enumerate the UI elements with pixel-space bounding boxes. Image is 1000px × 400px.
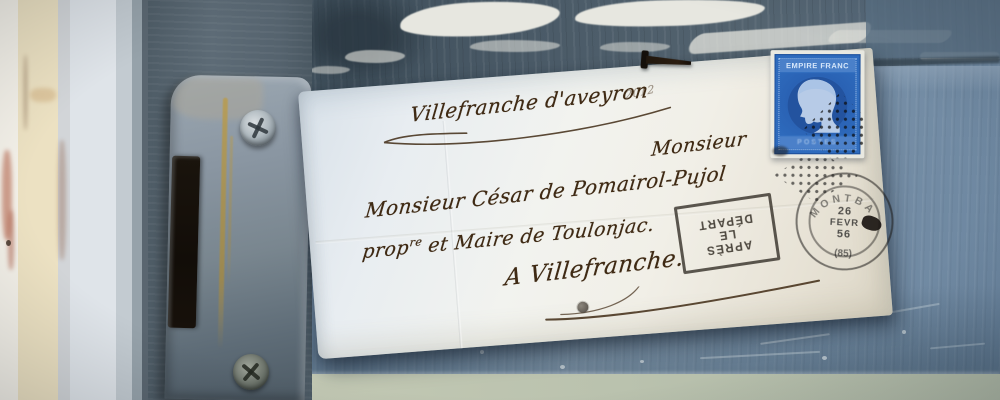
photo-old-letter-on-blue-door: Villefranche d'aveyron 2012 Monsieur Mon… — [0, 0, 1000, 400]
frame-crack — [24, 55, 27, 130]
frame-stain — [30, 88, 56, 102]
postage-stamp: EMPIRE FRANC POSTES — [770, 50, 864, 158]
screw-bottom — [233, 354, 269, 390]
datestamp-year: 56 — [837, 229, 852, 242]
top-right-board-tint — [866, 0, 1000, 58]
paint-speck — [902, 330, 906, 334]
letter-envelope: Villefranche d'aveyron 2012 Monsieur Mon… — [298, 48, 893, 359]
paint-patch — [575, 0, 766, 29]
screw-top — [240, 110, 276, 146]
paint-speck — [822, 356, 827, 360]
white-door-frame — [0, 0, 148, 400]
board-edge-highlight — [864, 66, 1000, 92]
paint-speck — [640, 360, 644, 363]
apres-le-depart-box-stamp: APRÈS LE DÉPART — [674, 193, 781, 275]
paint-speck — [480, 350, 484, 354]
salutation-script: Monsieur — [650, 128, 747, 161]
nail-shaft — [646, 56, 691, 68]
stamp-smudge — [772, 146, 788, 156]
role-prefix: prop — [361, 237, 410, 264]
frame-dark-dot — [6, 240, 11, 246]
paint-speck — [560, 365, 565, 369]
rust-streak — [58, 140, 66, 260]
datestamp-month: FEVR — [830, 217, 860, 229]
paint-patch — [470, 40, 560, 52]
paint-drip — [218, 98, 228, 350]
stamp-top-label: EMPIRE FRANC — [780, 59, 856, 72]
strike-hole — [168, 156, 200, 329]
nail-icon — [640, 49, 698, 77]
apres-le-depart-text: APRÈS LE DÉPART — [697, 210, 757, 256]
paint-drip — [227, 136, 233, 286]
paint-patch — [399, 0, 561, 40]
